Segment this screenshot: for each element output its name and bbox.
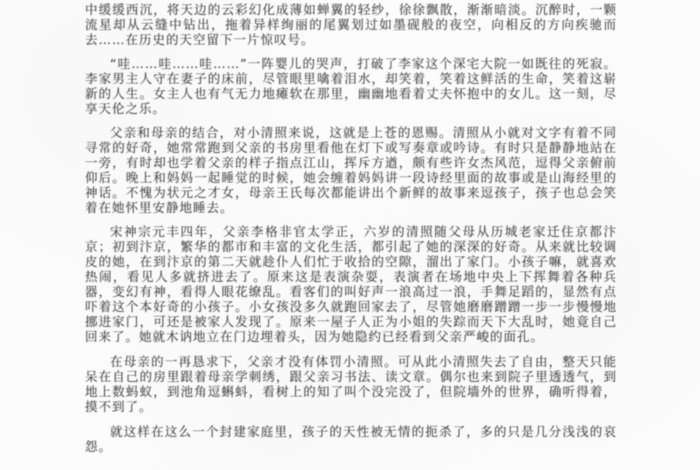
paragraph: 在母亲的一再恳求下，父亲才没有体罚小清照。可从此小清照失去了自由，整天只能呆在自…: [85, 354, 617, 414]
paragraph: 就这样在这么一个封建家庭里，孩子的天性被无情的扼杀了，多的只是几分浅浅的哀怨。: [85, 424, 617, 454]
paragraph-continuation: 中缓缓西沉，将天边的云彩幻化成薄如蝉翼的轻纱，徐徐飘散，渐渐暗淡。沉醉时，一颗流…: [85, 2, 617, 47]
paragraph: 父亲和母亲的结合，对小清照来说，这就是上苍的恩赐。清照从小就对文字有着不同寻常的…: [85, 125, 617, 215]
text-block: 中缓缓西沉，将天边的云彩幻化成薄如蝉翼的轻纱，徐徐飘散，渐渐暗淡。沉醉时，一颗流…: [85, 2, 617, 463]
paragraph: “哇……哇……哇……”一阵婴儿的哭声，打破了李家这个深宅大院一如既往的死寂。李家…: [85, 56, 617, 116]
scanned-document-page: 中缓缓西沉，将天边的云彩幻化成薄如蝉翼的轻纱，徐徐飘散，渐渐暗淡。沉醉时，一颗流…: [0, 0, 700, 470]
paragraph: 宋神宗元丰四年，父亲李格非官太学正，六岁的清照随父母从历城老家迁住京都汴京；初到…: [85, 224, 617, 344]
